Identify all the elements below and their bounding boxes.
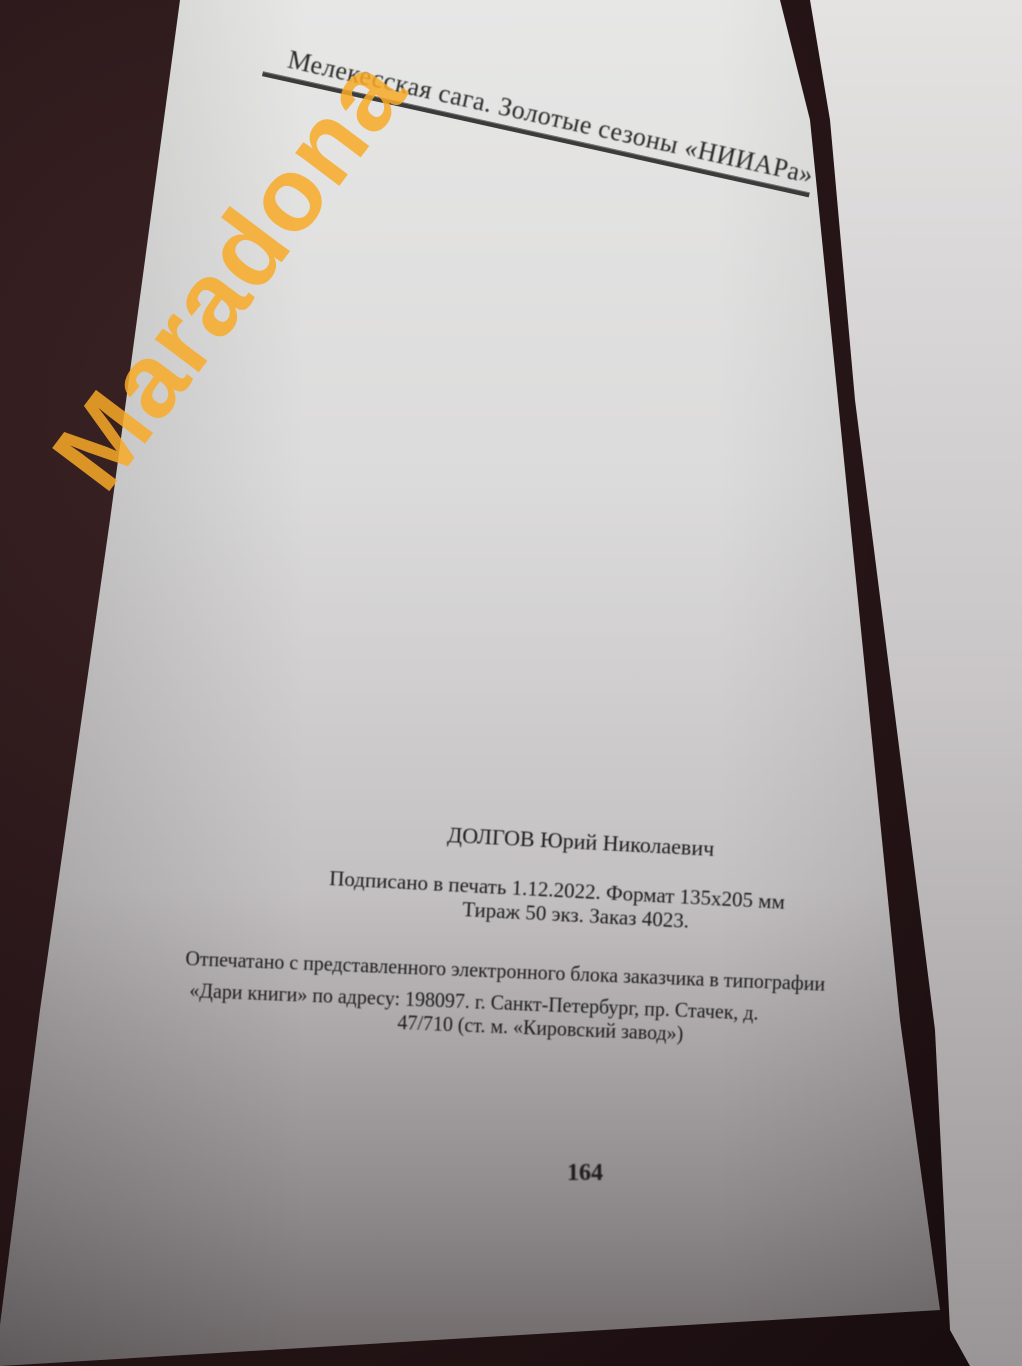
page-number: 164 — [567, 1160, 603, 1187]
